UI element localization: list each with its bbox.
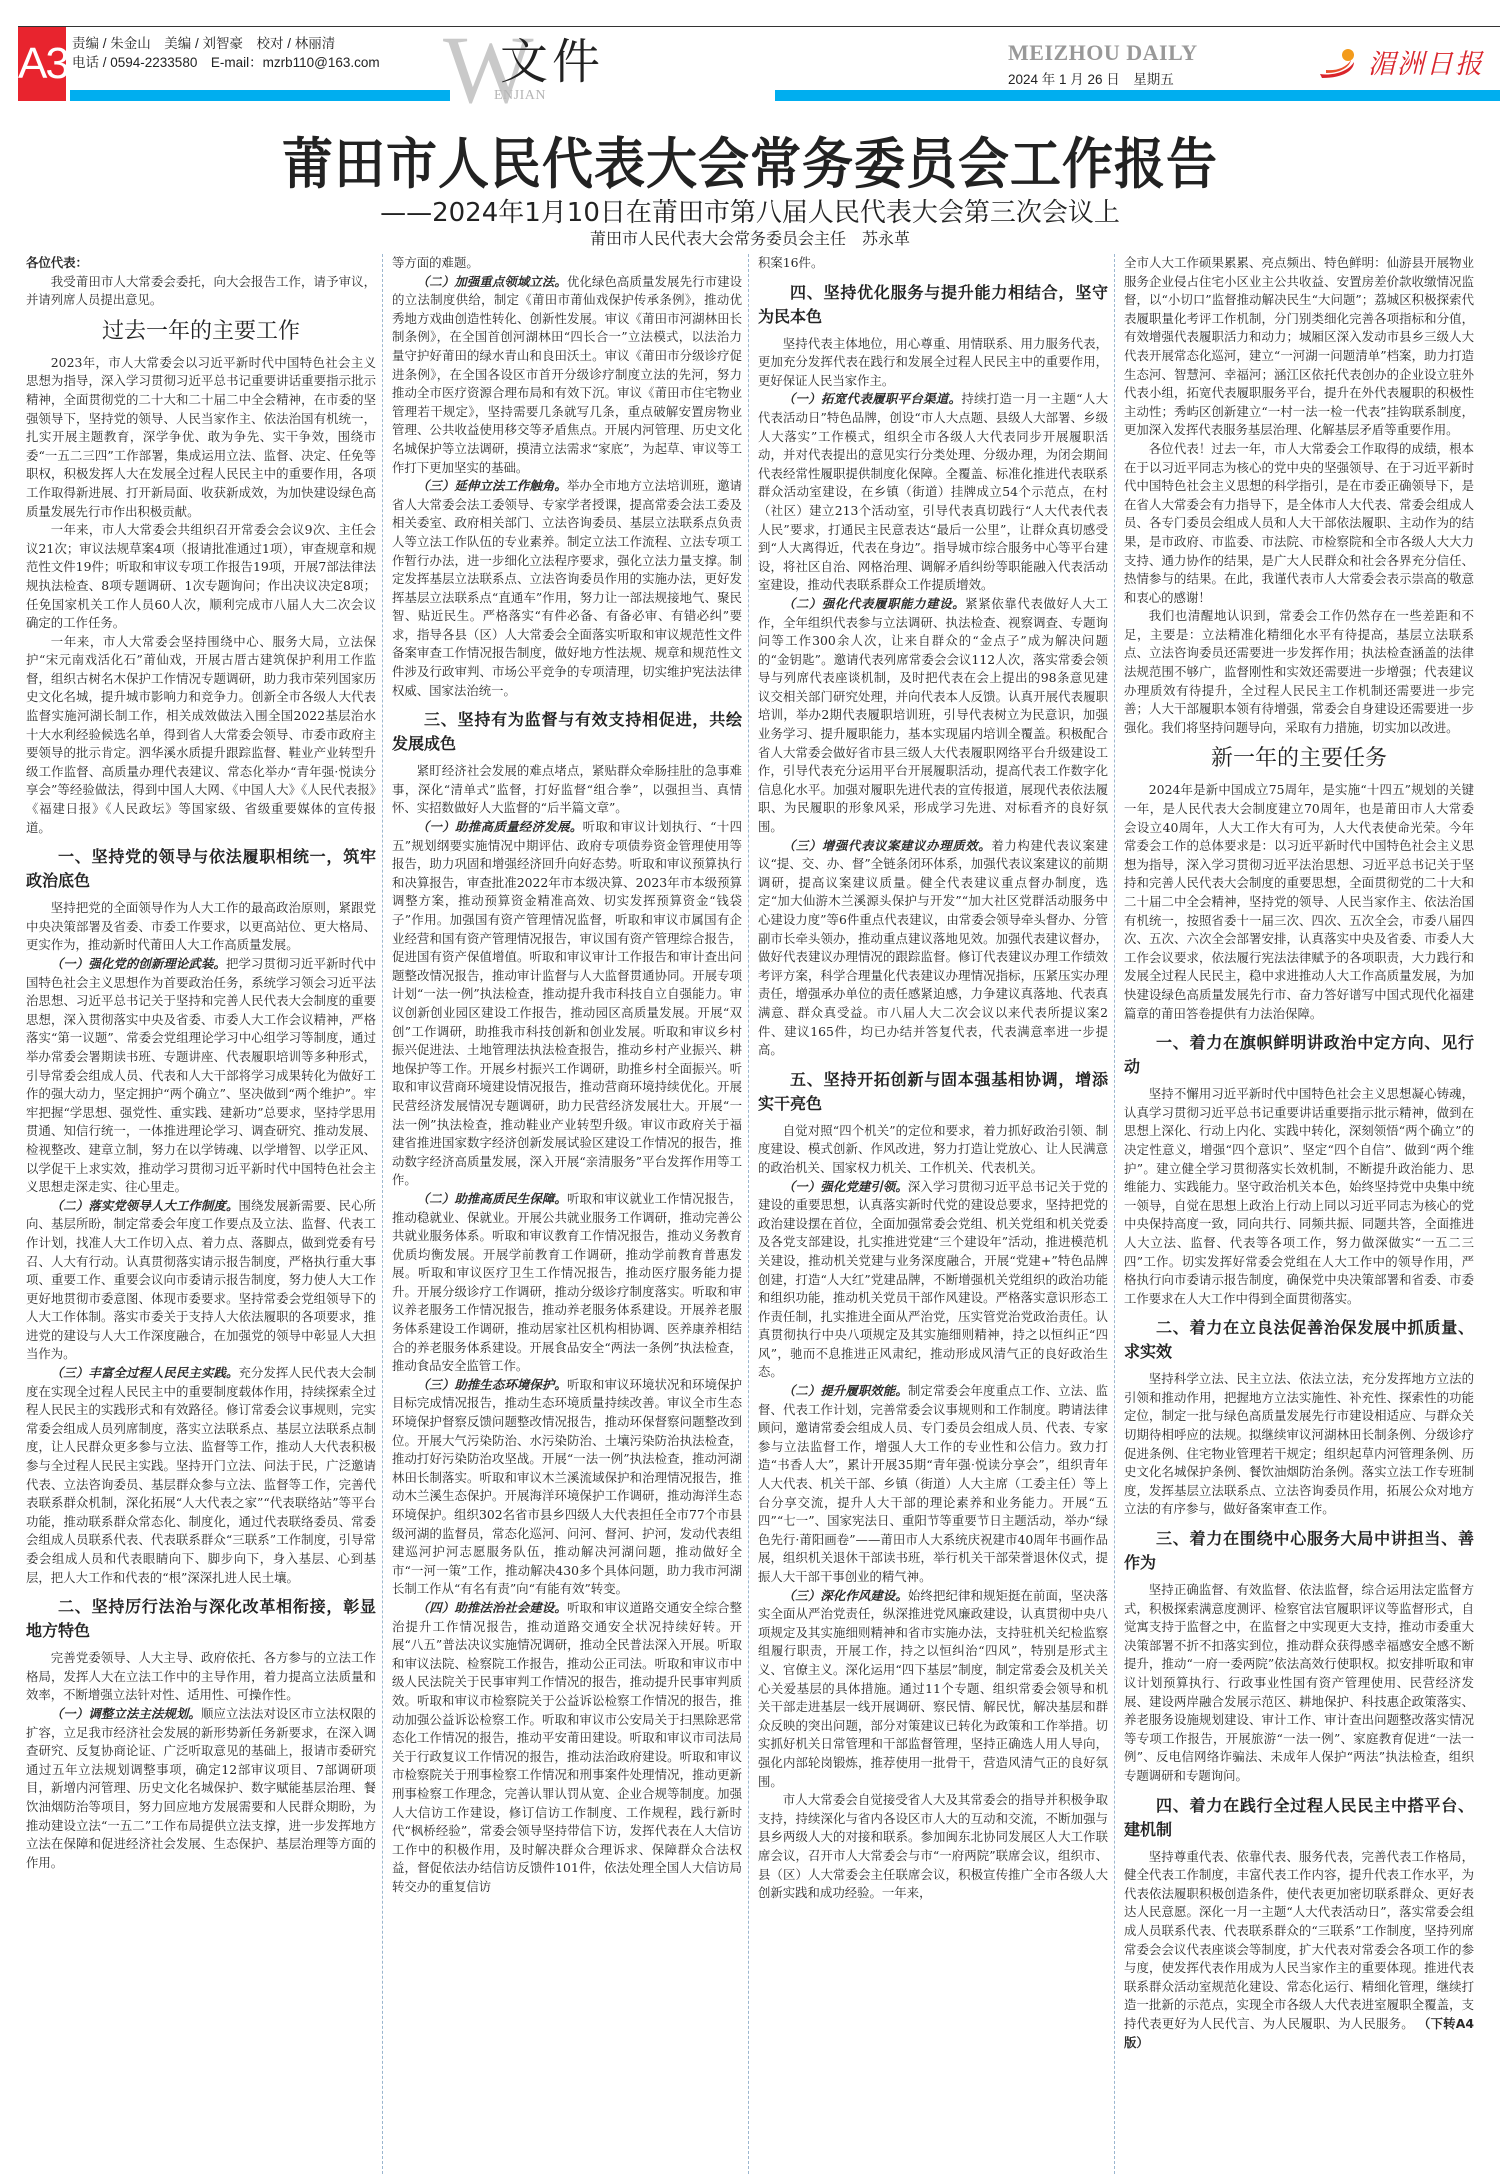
paragraph: （一）拓宽代表履职平台渠道。持续打造一月一主题“人大代表活动日”特色品牌，创设“… xyxy=(758,390,1108,595)
paragraph-text: 顺应立法法对设区市立法权限的扩容，立足我市经济社会发展的新形势新任务新要求，在深… xyxy=(26,1706,376,1870)
task-heading-two: 二、着力在立良法促善治保发展中抓质量、求实效 xyxy=(1124,1316,1474,1364)
article-column-4: 全市人大工作硕果累累、亮点频出、特色鲜明：仙游县开展物业服务企业侵占住宅小区业主… xyxy=(1124,254,1474,2174)
subheading: （二）助推高质民生保障。 xyxy=(417,1191,567,1206)
column-divider xyxy=(382,254,383,2174)
paragraph: （三）增强代表议案建议办理质效。着力构建代表议案建议“提、交、办、督”全链条闭环… xyxy=(758,837,1108,1060)
paragraph-text: 围绕发展新需要、民心所向、基层所盼，制定常委会年度工作要点及立法、监督、代表工作… xyxy=(26,1198,376,1362)
paragraph: 坚持科学立法、民主立法、依法立法，充分发挥地方立法的引领和推动作用，把握地方立法… xyxy=(1124,1370,1474,1519)
paragraph: （二）落实党领导人大工作制度。围绕发展新需要、民心所向、基层所盼，制定常委会年度… xyxy=(26,1197,376,1364)
paragraph: 坚持把党的全面领导作为人大工作的最高政治原则，紧跟党中央决策部署及省委、市委工作… xyxy=(26,899,376,955)
editor-credits: 责编 / 朱金山 美编 / 刘智豪 校对 / 林丽清 电话 / 0594-223… xyxy=(72,34,380,72)
blue-rule-left xyxy=(70,90,450,101)
paragraph-text: 举办全市地方立法培训班，邀请省人大常委会法工委领导、专家学者授课，提高常委会法工… xyxy=(392,478,742,698)
paragraph-text: 着力构建代表议案建议“提、交、办、督”全链条闭环体系，加强代表议案建议的前期调研… xyxy=(758,838,1108,1058)
paragraph: （三）助推生态环境保护。听取和审议环境状况和环境保护目标完成情况报告，推动生态环… xyxy=(392,1376,742,1599)
paper-name-cn: 湄洲日报 xyxy=(1368,42,1484,81)
subheading: （二）加强重点领域立法。 xyxy=(417,274,567,289)
article-column-3: 积案16件。 四、坚持优化服务与提升能力相结合，坚守为民本色 坚持代表主体地位，… xyxy=(758,254,1108,2174)
subheading: （三）延伸立法工作触角。 xyxy=(417,478,567,493)
article-subtitle: ——2024年1月10日在莆田市第八届人民代表大会第三次会议上 xyxy=(0,192,1500,229)
paragraph: 我受莆田市人大常委会委托，向大会报告工作，请予审议，并请列席人员提出意见。 xyxy=(26,273,376,310)
subheading: （三）深化作风建设。 xyxy=(783,1588,908,1603)
paragraph-text: 紧紧依靠代表做好人大工作，全年组织代表参与立法调研、执法检查、视察调查、专题询问… xyxy=(758,596,1108,834)
subheading: （一）强化党的创新理论武装。 xyxy=(51,956,226,971)
paragraph: 等方面的难题。 xyxy=(392,254,742,273)
article-byline: 莆田市人民代表大会常务委员会主任 苏永革 xyxy=(0,226,1500,249)
task-heading-four: 四、着力在践行全过程人民民主中搭平台、建机制 xyxy=(1124,1794,1474,1842)
article-title: 莆田市人民代表大会常务委员会工作报告 xyxy=(0,119,1500,199)
section-heading-new-year: 新一年的主要任务 xyxy=(1124,743,1474,775)
section-heading-past-year: 过去一年的主要工作 xyxy=(26,316,376,348)
paragraph-text: 优化绿色高质量发展先行市建设的立法制度供给，制定《莆田市莆仙戏保护传承条例》，推… xyxy=(392,274,742,475)
paragraph: 一年来，市人大常委会共组织召开常委会会议9次、主任会议21次；审议法规草案4项（… xyxy=(26,521,376,633)
paragraph: （四）助推法治社会建设。听取和审议道路交通安全综合整治提升工作情况报告，推动道路… xyxy=(392,1599,742,1897)
paragraph: （一）强化党的创新理论武装。把学习贯彻习近平新时代中国特色社会主义思想作为首要政… xyxy=(26,955,376,1197)
paragraph: 市人大常委会自觉接受省人大及其常委会的指导并积极争取支持，持续深化与省内各设区市… xyxy=(758,1791,1108,1903)
paragraph: （三）延伸立法工作触角。举办全市地方立法培训班，邀请省人大常委会法工委领导、专家… xyxy=(392,477,742,700)
paragraph: （二）加强重点领域立法。优化绿色高质量发展先行市建设的立法制度供给，制定《莆田市… xyxy=(392,273,742,478)
section-name-cn: 文件 xyxy=(500,32,604,92)
task-heading-one: 一、着力在旗帜鲜明讲政治中定方向、见行动 xyxy=(1124,1031,1474,1079)
paragraph: 完善党委领导、人大主导、政府依托、各方参与的立法工作格局，发挥人大在立法工作中的… xyxy=(26,1649,376,1705)
paragraph: 2024年是新中国成立75周年，是实施“十四五”规划的关键一年，是人民代表大会制… xyxy=(1124,781,1474,1023)
heading-five: 五、坚持开拓创新与固本强基相协调，增添实干亮色 xyxy=(758,1068,1108,1116)
subheading: （三）增强代表议案建议办理质效。 xyxy=(783,838,992,853)
subheading: （一）拓宽代表履职平台渠道。 xyxy=(783,391,962,406)
article-column-2: 等方面的难题。 （二）加强重点领域立法。优化绿色高质量发展先行市建设的立法制度供… xyxy=(392,254,742,2174)
paragraph-text: 制定常委会年度重点工作、立法、监督、代表工作计划，完善常委会议事规则和工作制度。… xyxy=(758,1383,1108,1584)
heading-four: 四、坚持优化服务与提升能力相结合，坚守为民本色 xyxy=(758,281,1108,329)
paragraph-text: 把学习贯彻习近平新时代中国特色社会主义思想作为首要政治任务，系统学习领会习近平法… xyxy=(26,956,376,1194)
paragraph: 一年来，市人大常委会坚持围绕中心、服务大局，立法保护“宋元南戏活化石”莆仙戏，开… xyxy=(26,633,376,838)
page-number-badge: A3 xyxy=(18,27,66,101)
paragraph: 紧盯经济社会发展的难点堵点，紧贴群众牵肠挂肚的急事难事，深化“清单式”监督，打好… xyxy=(392,762,742,818)
subheading: （四）助推法治社会建设。 xyxy=(417,1600,567,1615)
subheading: （二）落实党领导人大工作制度。 xyxy=(51,1198,239,1213)
paragraph-text: 听取和审议就业工作情况报告，推动稳就业、保就业。开展公共就业服务工作调研，推动完… xyxy=(392,1191,742,1373)
greeting: 各位代表： xyxy=(26,254,376,273)
subheading: （一）强化党建引领。 xyxy=(783,1179,908,1194)
paragraph: 各位代表！过去一年，市人大常委会工作取得的成绩，根本在于以习近平同志为核心的党中… xyxy=(1124,440,1474,607)
paragraph: 积案16件。 xyxy=(758,254,1108,273)
subheading: （二）提升履职效能。 xyxy=(783,1383,908,1398)
heading-two: 二、坚持厉行法治与深化改革相衔接，彰显地方特色 xyxy=(26,1595,376,1643)
newspaper-logo: 湄洲日报 xyxy=(1318,42,1498,82)
subheading: （一）调整立法主法规划。 xyxy=(51,1706,201,1721)
column-divider xyxy=(748,254,749,2174)
paper-name-en: MEIZHOU DAILY xyxy=(1008,40,1198,66)
paragraph: 我们也清醒地认识到，常委会工作仍然存在一些差距和不足，主要是：立法精准化精细化水… xyxy=(1124,607,1474,737)
paragraph-text: 深入学习贯彻习近平总书记关于党的建设的重要思想，认真落实新时代党的建设总要求，坚… xyxy=(758,1179,1108,1380)
blue-rule-right xyxy=(775,90,1500,101)
paragraph: 坚持正确监督、有效监督、依法监督，综合运用法定监督方式，积极探索满意度测评、检察… xyxy=(1124,1581,1474,1786)
paragraph: 坚持不懈用习近平新时代中国特色社会主义思想凝心铸魂，认真学习贯彻习近平总书记重要… xyxy=(1124,1085,1474,1308)
subheading: （三）助推生态环境保护。 xyxy=(417,1377,567,1392)
column-divider xyxy=(1114,254,1115,2174)
paragraph: （一）调整立法主法规划。顺应立法法对设区市立法权限的扩容，立足我市经济社会发展的… xyxy=(26,1705,376,1872)
paragraph: 全市人大工作硕果累累、亮点频出、特色鲜明：仙游县开展物业服务企业侵占住宅小区业主… xyxy=(1124,254,1474,440)
paragraph: 坚持代表主体地位，用心尊重、用情联系、用力服务代表，更加充分发挥代表在践行和发展… xyxy=(758,335,1108,391)
paragraph: （三）丰富全过程人民民主实践。充分发挥人民代表大会制度在实现全过程人民民主中的重… xyxy=(26,1364,376,1587)
heading-three: 三、坚持有为监督与有效支持相促进，共绘发展成色 xyxy=(392,708,742,756)
issue-date: 2024 年 1 月 26 日 星期五 xyxy=(1008,68,1174,88)
paragraph: （二）助推高质民生保障。听取和审议就业工作情况报告，推动稳就业、保就业。开展公共… xyxy=(392,1190,742,1376)
paragraph: （一）助推高质量经济发展。听取和审议计划执行、“十四五”规划纲要实施情况中期评估… xyxy=(392,818,742,1190)
subheading: （三）丰富全过程人民民主实践。 xyxy=(51,1365,239,1380)
paragraph-text: 听取和审议计划执行、“十四五”规划纲要实施情况中期评估、政府专项债券资金管理使用… xyxy=(392,819,742,1187)
credits-editors: 责编 / 朱金山 美编 / 刘智豪 校对 / 林丽清 xyxy=(72,34,380,53)
task-heading-three: 三、着力在围绕中心服务大局中讲担当、善作为 xyxy=(1124,1527,1474,1575)
paragraph-text: 听取和审议道路交通安全综合整治提升工作情况报告，推动道路交通安全状况持续好转。开… xyxy=(392,1600,742,1894)
subheading: （二）强化代表履职能力建设。 xyxy=(783,596,965,611)
paragraph-text: 始终把纪律和规矩挺在前面，坚决落实全面从严治党责任，纵深推进党风廉政建设，认真贯… xyxy=(758,1588,1108,1789)
paragraph-text: 听取和审议环境状况和环境保护目标完成情况报告，推动生态环境质量持续改善。审议全市… xyxy=(392,1377,742,1597)
paragraph: 坚持尊重代表、依靠代表、服务代表，完善代表工作格局，健全代表工作制度，丰富代表工… xyxy=(1124,1848,1474,2053)
flame-logo-icon xyxy=(1318,46,1364,80)
paragraph-text: 充分发挥人民代表大会制度在实现全过程人民民主中的重要制度载体作用，持续探索全过程… xyxy=(26,1365,376,1585)
paragraph: （二）提升履职效能。制定常委会年度重点工作、立法、监督、代表工作计划，完善常委会… xyxy=(758,1382,1108,1587)
credits-contact: 电话 / 0594-2233580 E-mail：mzrb110@163.com xyxy=(72,53,380,72)
paragraph: （一）强化党建引领。深入学习贯彻习近平总书记关于党的建设的重要思想，认真落实新时… xyxy=(758,1178,1108,1383)
paragraph-text: 持续打造一月一主题“人大代表活动日”特色品牌，创设“市人大点题、县级人大部署、乡… xyxy=(758,391,1108,592)
paragraph-text: 坚持尊重代表、依靠代表、服务代表，完善代表工作格局，健全代表工作制度，丰富代表工… xyxy=(1124,1849,1474,2031)
paragraph: 2023年，市人大常委会以习近平新时代中国特色社会主义思想为指导，深入学习贯彻习… xyxy=(26,354,376,521)
article-column-1: 各位代表： 我受莆田市人大常委会委托，向大会报告工作，请予审议，并请列席人员提出… xyxy=(26,254,376,2174)
paragraph: 自觉对照“四个机关”的定位和要求，着力抓好政治引领、制度建设、模式创新、作风改进… xyxy=(758,1122,1108,1178)
subheading: （一）助推高质量经济发展。 xyxy=(417,819,583,834)
paragraph: （三）深化作风建设。始终把纪律和规矩挺在前面，坚决落实全面从严治党责任，纵深推进… xyxy=(758,1587,1108,1792)
heading-one: 一、坚持党的领导与依法履职相统一，筑牢政治底色 xyxy=(26,845,376,893)
paragraph: （二）强化代表履职能力建设。紧紧依靠代表做好人大工作，全年组织代表参与立法调研、… xyxy=(758,595,1108,837)
top-rule xyxy=(18,26,1500,27)
